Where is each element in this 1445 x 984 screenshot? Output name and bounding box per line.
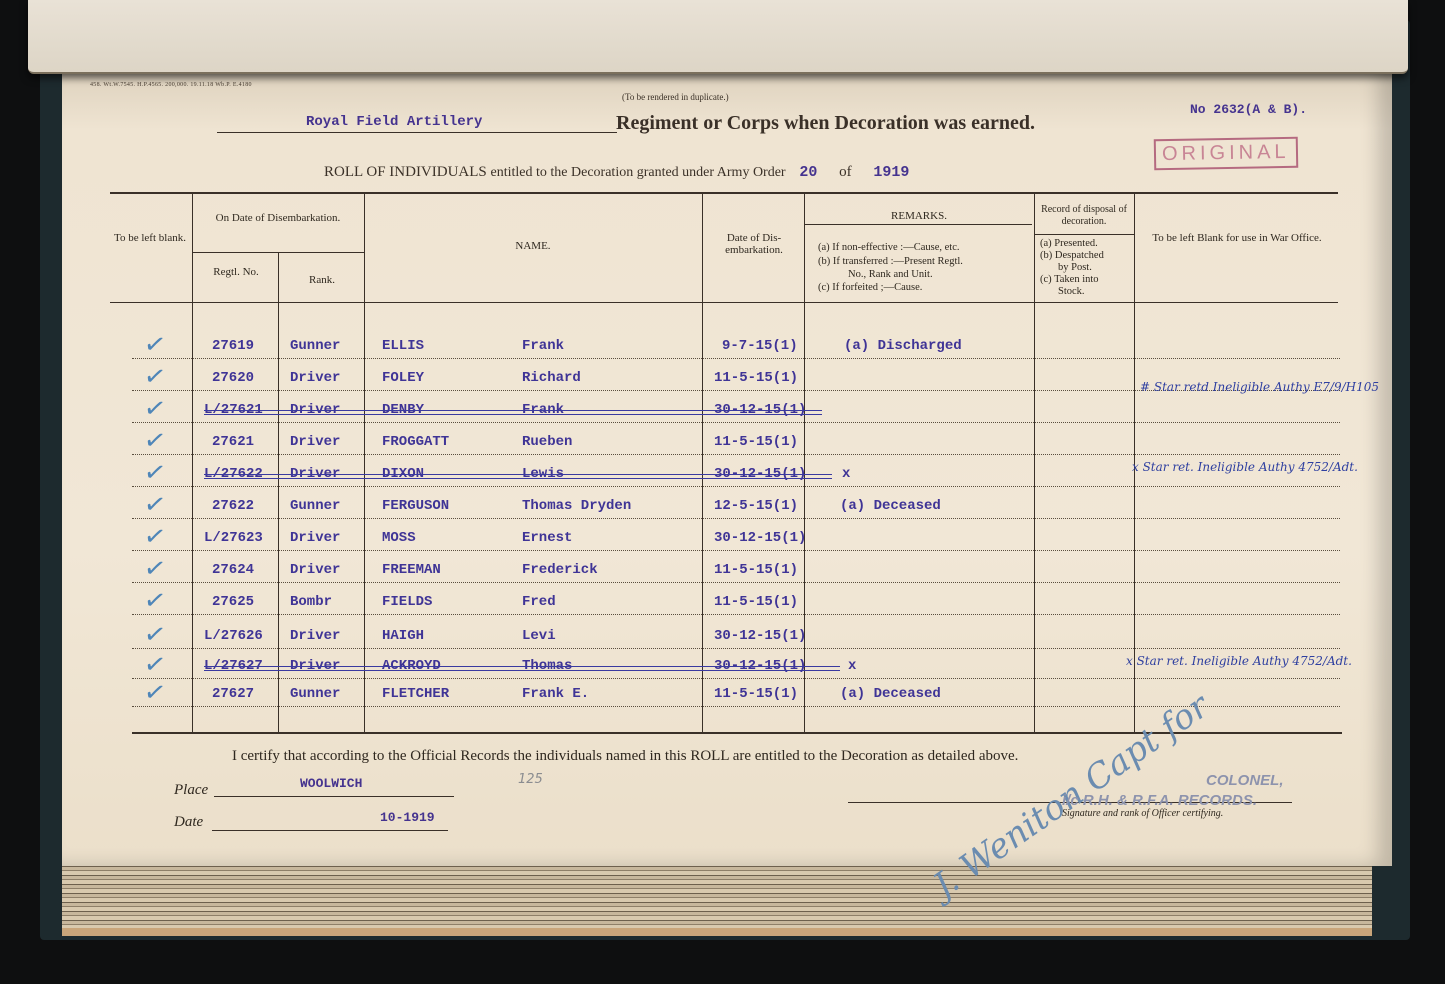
previous-page-edge: [28, 0, 1408, 74]
forename: Frank: [522, 338, 564, 354]
rank: Gunner: [290, 686, 340, 702]
page-stack-edges: [62, 858, 1372, 936]
checkmark-icon: ✓: [142, 328, 169, 361]
forename: Rueben: [522, 434, 572, 450]
date-underline: [212, 830, 448, 831]
war-office-note: x Star ret. Ineligible Authy 4752/Adt.: [1126, 654, 1352, 668]
row-dotted-rule: [132, 678, 1340, 679]
disposal-note-c2: Stock.: [1058, 286, 1085, 298]
of-label: of: [839, 164, 852, 180]
row-dotted-rule: [132, 582, 1340, 583]
surname: FERGUSON: [382, 498, 449, 514]
disposal-note-c: (c) Taken into: [1040, 274, 1099, 286]
date: 11-5-15(1): [714, 562, 798, 578]
disposal-note-a: (a) Presented.: [1040, 238, 1098, 250]
surname: FLETCHER: [382, 686, 449, 702]
date: 11-5-15(1): [714, 370, 798, 386]
col-header-rank: Rank.: [282, 274, 362, 286]
row-dotted-rule: [132, 454, 1340, 455]
row-dotted-rule: [132, 422, 1340, 423]
surname: FIELDS: [382, 594, 432, 610]
col-header-name: NAME.: [368, 240, 698, 252]
forename: Richard: [522, 370, 581, 386]
disposal-subrule: [1034, 234, 1134, 235]
col-divider-2: [278, 253, 279, 732]
strikethrough-line: [204, 666, 840, 671]
remarks-subrule: [804, 224, 1032, 225]
col-header-regtl-no: Regtl. No.: [196, 266, 276, 278]
row-dotted-rule: [132, 358, 1340, 359]
remarks-note-b2: No., Rank and Unit.: [848, 269, 933, 281]
date: 30-12-15(1): [714, 530, 806, 546]
col-header-remarks: REMARKS.: [808, 210, 1030, 222]
rank-stamp-line-1: COLONEL,: [1206, 772, 1284, 789]
print-code: 458. Wt.W.7545. H.P.4565. 200,000. 19.11…: [90, 82, 252, 88]
regiment-underline: [217, 132, 617, 133]
regtl-no: 27621: [212, 434, 254, 450]
roll-title-bold: ROLL OF INDIVIDUALS: [324, 164, 487, 180]
rank: Gunner: [290, 338, 340, 354]
date: 11-5-15(1): [714, 434, 798, 450]
table-top-rule: [110, 192, 1338, 194]
signature-caption: Signature and rank of Officer certifying…: [1062, 808, 1223, 819]
regtl-no: 27625: [212, 594, 254, 610]
disposal-note-b: (b) Despatched: [1040, 250, 1104, 262]
regtl-no: 27624: [212, 562, 254, 578]
regtl-no: L/27626: [204, 628, 263, 644]
row-dotted-rule: [132, 486, 1340, 487]
surname: FROGGATT: [382, 434, 449, 450]
col-divider-4: [702, 194, 703, 732]
remarks-note-b: (b) If transferred :—Present Regtl.: [818, 256, 963, 268]
rank: Gunner: [290, 498, 340, 514]
checkmark-icon: ✓: [142, 360, 169, 393]
checkmark-icon: ✓: [142, 488, 169, 521]
date: 9-7-15(1): [722, 338, 798, 354]
remarks-note-c: (c) If forfeited ;—Cause.: [818, 282, 922, 294]
rank: Driver: [290, 562, 340, 578]
disposal-note-b2: by Post.: [1058, 262, 1092, 274]
army-order-year: 1919: [873, 164, 909, 181]
checkmark-icon: ✓: [142, 392, 169, 425]
col-header-date: Date of Dis-embarkation.: [708, 232, 800, 256]
col-divider-3: [364, 194, 365, 732]
rank: Driver: [290, 530, 340, 546]
col-header-disposal: Record of disposal of decoration.: [1036, 204, 1132, 228]
date: 11-5-15(1): [714, 594, 798, 610]
date: 11-5-15(1): [714, 686, 798, 702]
date: 12-5-15(1): [714, 498, 798, 514]
certification-text: I certify that according to the Official…: [232, 748, 1018, 765]
war-office-note: # Star retd Ineligible Authy E7/9/H105: [1140, 380, 1379, 394]
checkmark-icon: ✓: [142, 424, 169, 457]
surname: FOLEY: [382, 370, 424, 386]
regtl-no: 27627: [212, 686, 254, 702]
army-order-number: 20: [799, 164, 817, 181]
rank-stamp-line-2: i/c R.H. & R.F.A. RECORDS.: [1062, 792, 1257, 809]
col-divider-5: [804, 194, 805, 732]
remarks: x: [842, 466, 850, 482]
row-dotted-rule: [132, 518, 1340, 519]
remarks-note-a: (a) If non-effective :—Cause, etc.: [818, 242, 960, 254]
rank: Bombr: [290, 594, 332, 610]
row-dotted-rule: [132, 648, 1340, 649]
row-dotted-rule: [132, 706, 1340, 707]
surname: FREEMAN: [382, 562, 441, 578]
roll-title: ROLL OF INDIVIDUALS entitled to the Deco…: [324, 164, 909, 181]
surname: HAIGH: [382, 628, 424, 644]
row-dotted-rule: [132, 550, 1340, 551]
row-dotted-rule: [132, 614, 1340, 615]
regtl-no: 27620: [212, 370, 254, 386]
rank: Driver: [290, 370, 340, 386]
header-bottom-rule: [110, 302, 1338, 303]
col-divider-1: [192, 194, 193, 732]
date-label: Date: [174, 814, 203, 831]
checkmark-icon: ✓: [142, 618, 169, 651]
regtl-no: L/27623: [204, 530, 263, 546]
surname: ELLIS: [382, 338, 424, 354]
original-stamp: ORIGINAL: [1154, 137, 1298, 171]
checkmark-icon: ✓: [142, 552, 169, 585]
regiment-label: Regiment or Corps when Decoration was ea…: [616, 112, 1035, 135]
war-office-note: x Star ret. Ineligible Authy 4752/Adt.: [1132, 460, 1358, 474]
checkmark-icon: ✓: [142, 456, 169, 489]
rank: Driver: [290, 434, 340, 450]
roll-title-rest: entitled to the Decoration granted under…: [491, 165, 786, 180]
col-header-disembark: On Date of Disembarkation.: [196, 212, 360, 224]
remarks: (a) Deceased: [840, 686, 941, 702]
roll-number: No 2632(A & B).: [1190, 102, 1307, 117]
forename: Ernest: [522, 530, 572, 546]
surname: MOSS: [382, 530, 416, 546]
regiment-value: Royal Field Artillery: [306, 114, 482, 130]
forename: Frederick: [522, 562, 598, 578]
duplicate-note: (To be rendered in duplicate.): [622, 92, 729, 102]
forename: Thomas Dryden: [522, 498, 631, 514]
col-header-blank: To be left blank.: [112, 232, 188, 244]
forename: Frank E.: [522, 686, 589, 702]
checkmark-icon: ✓: [142, 584, 169, 617]
checkmark-icon: ✓: [142, 520, 169, 553]
roll-page: 458. Wt.W.7545. H.P.4565. 200,000. 19.11…: [62, 66, 1392, 866]
remarks: (a) Discharged: [844, 338, 962, 354]
regtl-no: 27622: [212, 498, 254, 514]
remarks: x: [848, 658, 856, 674]
place-underline: [214, 796, 454, 797]
place-value: WOOLWICH: [300, 776, 362, 791]
col-divider-6: [1034, 194, 1035, 732]
col-header-war-office: To be left Blank for use in War Office.: [1142, 232, 1332, 244]
regtl-no: 27619: [212, 338, 254, 354]
rank: Driver: [290, 628, 340, 644]
place-label: Place: [174, 782, 208, 799]
checkmark-icon: ✓: [142, 676, 169, 709]
forename: Levi: [522, 628, 556, 644]
forename: Fred: [522, 594, 556, 610]
date-value: 10-1919: [380, 810, 435, 825]
strikethrough-line: [204, 474, 832, 479]
date: 30-12-15(1): [714, 628, 806, 644]
pencil-note: 125: [518, 772, 543, 787]
remarks: (a) Deceased: [840, 498, 941, 514]
strikethrough-line: [204, 410, 822, 415]
